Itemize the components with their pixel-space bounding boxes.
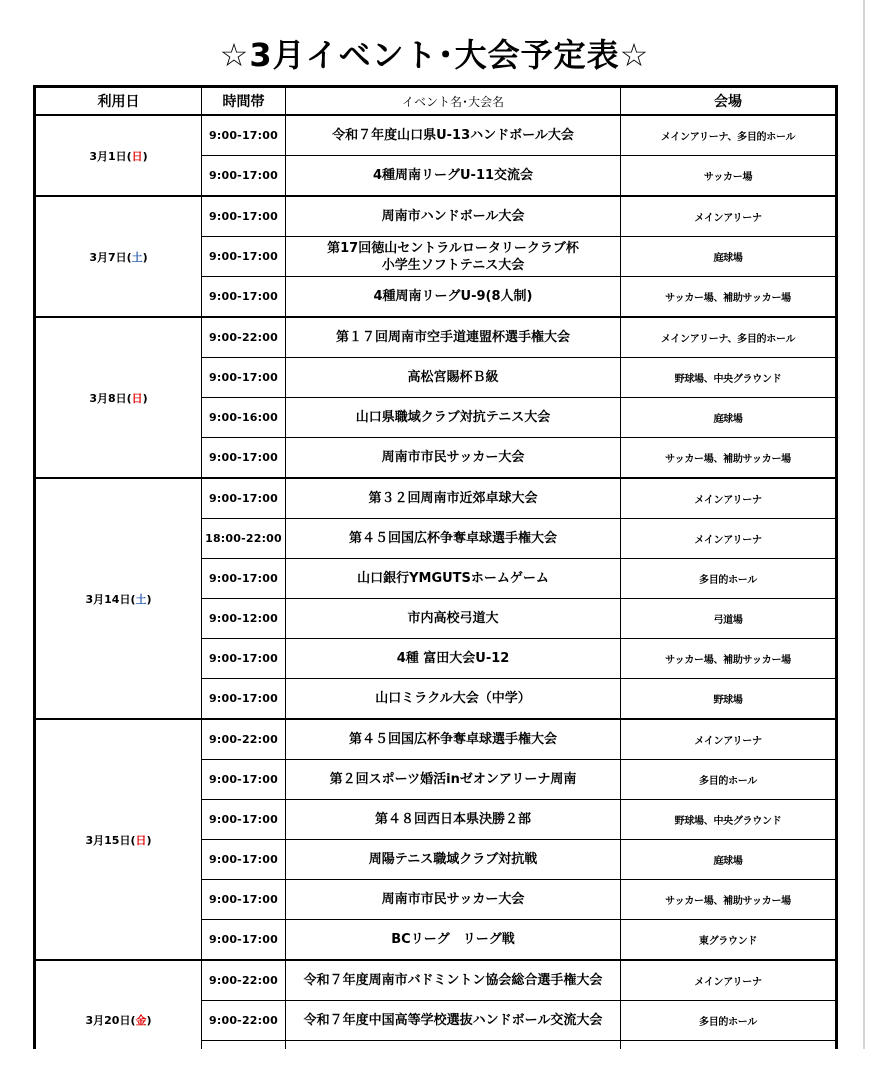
day-of-week-friday: 金 [135, 1014, 146, 1027]
event-cell: 周陽テニス職域クラブ対抗戦 [286, 840, 621, 880]
time-cell: 9:00-17:00 [202, 156, 286, 197]
header-time: 時間帯 [202, 87, 286, 116]
event-cell: 令和７年度周南市バドミントン協会総合選手権大会 [286, 960, 621, 1001]
time-cell: 9:00-22:00 [202, 960, 286, 1001]
time-cell: 9:00-17:00 [202, 438, 286, 479]
venue-cell: メインアリーナ、多目的ホール [621, 317, 837, 358]
venue-cell: 庭球場 [621, 398, 837, 438]
date-label: 3月20日( [85, 1014, 135, 1027]
date-suffix: ) [143, 251, 148, 264]
venue-cell: 庭球場 [621, 840, 837, 880]
venue-cell: メインアリーナ [621, 519, 837, 559]
date-cell: 3月7日(土) [35, 196, 202, 317]
event-cell: 令和７年度山口県U-13ハンドボール大会 [286, 115, 621, 156]
table-row: 3月14日(土) 9:00-17:00 第３２回周南市近郊卓球大会 メインアリー… [35, 478, 837, 519]
date-cell: 3月14日(土) [35, 478, 202, 719]
venue-cell: サッカー場、補助サッカー場 [621, 277, 837, 318]
time-cell: 9:00-22:00 [202, 1001, 286, 1041]
time-cell: 9:00-17:00 [202, 237, 286, 277]
event-cell: 山口ミラクル大会（中学） [286, 679, 621, 720]
table-row: 3月1日(日) 9:00-17:00 令和７年度山口県U-13ハンドボール大会 … [35, 115, 837, 156]
date-label: 3月15日( [85, 834, 135, 847]
event-cell: 第４５回国広杯争奪卓球選手権大会 [286, 519, 621, 559]
date-label: 3月8日( [89, 392, 131, 405]
event-cell: 4種周南リーグU-11交流会 [286, 156, 621, 197]
event-cell: 第４８回西日本県決勝２部 [286, 800, 621, 840]
event-cell: 第１７回周南市空手道連盟杯選手権大会 [286, 317, 621, 358]
day-of-week-sunday: 日 [135, 834, 146, 847]
time-cell: 9:00-22:00 [202, 719, 286, 760]
day-of-week-saturday: 土 [132, 251, 143, 264]
day-of-week-saturday: 土 [135, 593, 146, 606]
date-cell: 3月15日(日) [35, 719, 202, 960]
event-cell: BCリーグ リーグ戦 [286, 920, 621, 961]
header-event: イベント名･大会名 [286, 87, 621, 116]
event-cell: 周南市ハンドボール大会 [286, 196, 621, 237]
time-cell: 9:00-17:00 [202, 358, 286, 398]
venue-cell: 多目的ホール [621, 559, 837, 599]
time-cell: 9:00-17:00 [202, 920, 286, 961]
event-cell: 第４５回国広杯争奪卓球選手権大会 [286, 719, 621, 760]
time-cell: 9:00-22:00 [202, 317, 286, 358]
table-row: 3月15日(日) 9:00-22:00 第４５回国広杯争奪卓球選手権大会 メイン… [35, 719, 837, 760]
event-cell: 高松宮賜杯Ｂ級 [286, 358, 621, 398]
event-name-line1: 第17回徳山セントラルロータリークラブ杯 [286, 240, 620, 257]
venue-cell: 東グラウンド [621, 920, 837, 961]
date-cell: 3月8日(日) [35, 317, 202, 478]
venue-cell: 野球場、中央グラウンド [621, 358, 837, 398]
time-cell: 9:00-16:00 [202, 398, 286, 438]
venue-cell: 野球場、中央グラウンド [621, 800, 837, 840]
header-date: 利用日 [35, 87, 202, 116]
time-cell: 9:00-17:00 [202, 800, 286, 840]
date-suffix: ) [143, 392, 148, 405]
time-cell: 9:00-17:00 [202, 840, 286, 880]
event-cell: 令和７年度中国高等学校選抜ハンドボール交流大会 [286, 1001, 621, 1041]
event-cell: 4種周南リーグU-9(8人制) [286, 277, 621, 318]
venue-cell: 多目的ホール [621, 760, 837, 800]
venue-cell: 庭球場 [621, 237, 837, 277]
date-suffix: ) [146, 593, 151, 606]
time-cell: 9:00-17:00 [202, 478, 286, 519]
time-cell: 9:00-17:00 [202, 277, 286, 318]
time-cell: 18:00-22:00 [202, 519, 286, 559]
venue-cell: メインアリーナ [621, 196, 837, 237]
event-cell: 第３２回周南市近郊卓球大会 [286, 478, 621, 519]
time-cell: 9:00-17:00 [202, 115, 286, 156]
venue-cell: メインアリーナ [621, 478, 837, 519]
event-cell: 第17回徳山セントラルロータリークラブ杯 小学生ソフトテニス大会 [286, 237, 621, 277]
table-row: 3月8日(日) 9:00-22:00 第１７回周南市空手道連盟杯選手権大会 メイ… [35, 317, 837, 358]
date-cell: 3月1日(日) [35, 115, 202, 196]
event-cell: 周南市市民サッカー大会 [286, 438, 621, 479]
date-label: 3月1日( [89, 150, 131, 163]
time-cell: 9:00-17:00 [202, 196, 286, 237]
time-cell: 9:00-17:00 [202, 880, 286, 920]
venue-cell: サッカー場、補助サッカー場 [621, 639, 837, 679]
page-edge-rule [863, 0, 865, 1081]
page-title: ☆3月イベント･大会予定表☆ [0, 30, 869, 80]
event-cell: 山口銀行YMGUTSホームゲーム [286, 559, 621, 599]
day-of-week-sunday: 日 [132, 392, 143, 405]
time-cell: 9:00-17:00 [202, 679, 286, 720]
event-cell: 周南市市民サッカー大会 [286, 880, 621, 920]
event-name-line2: 小学生ソフトテニス大会 [286, 257, 620, 274]
header-venue: 会場 [621, 87, 837, 116]
venue-cell: サッカー場 [621, 156, 837, 197]
date-suffix: ) [143, 150, 148, 163]
venue-cell: メインアリーナ、多目的ホール [621, 115, 837, 156]
venue-cell: メインアリーナ [621, 719, 837, 760]
time-cell: 9:00-17:00 [202, 760, 286, 800]
date-label: 3月7日( [89, 251, 131, 264]
table-row: 3月7日(土) 9:00-17:00 周南市ハンドボール大会 メインアリーナ [35, 196, 837, 237]
header-row: 利用日 時間帯 イベント名･大会名 会場 [35, 87, 837, 116]
venue-cell: サッカー場、補助サッカー場 [621, 880, 837, 920]
venue-cell: 野球場 [621, 679, 837, 720]
date-label: 3月14日( [85, 593, 135, 606]
day-of-week-sunday: 日 [132, 150, 143, 163]
event-cell: 山口県職域クラブ対抗テニス大会 [286, 398, 621, 438]
date-suffix: ) [146, 834, 151, 847]
table-row: 3月20日(金) 9:00-22:00 令和７年度周南市バドミントン協会総合選手… [35, 960, 837, 1001]
event-schedule-table: 利用日 時間帯 イベント名･大会名 会場 3月1日(日) 9:00-17:00 … [33, 85, 838, 1081]
event-cell: 第２回スポーツ婚活inゼオンアリーナ周南 [286, 760, 621, 800]
event-cell: 市内高校弓道大 [286, 599, 621, 639]
date-suffix: ) [146, 1014, 151, 1027]
venue-cell: メインアリーナ [621, 960, 837, 1001]
page-bottom-margin [0, 1049, 869, 1081]
time-cell: 9:00-12:00 [202, 599, 286, 639]
venue-cell: サッカー場、補助サッカー場 [621, 438, 837, 479]
event-cell: 4種 富田大会U-12 [286, 639, 621, 679]
time-cell: 9:00-17:00 [202, 639, 286, 679]
time-cell: 9:00-17:00 [202, 559, 286, 599]
venue-cell: 多目的ホール [621, 1001, 837, 1041]
venue-cell: 弓道場 [621, 599, 837, 639]
